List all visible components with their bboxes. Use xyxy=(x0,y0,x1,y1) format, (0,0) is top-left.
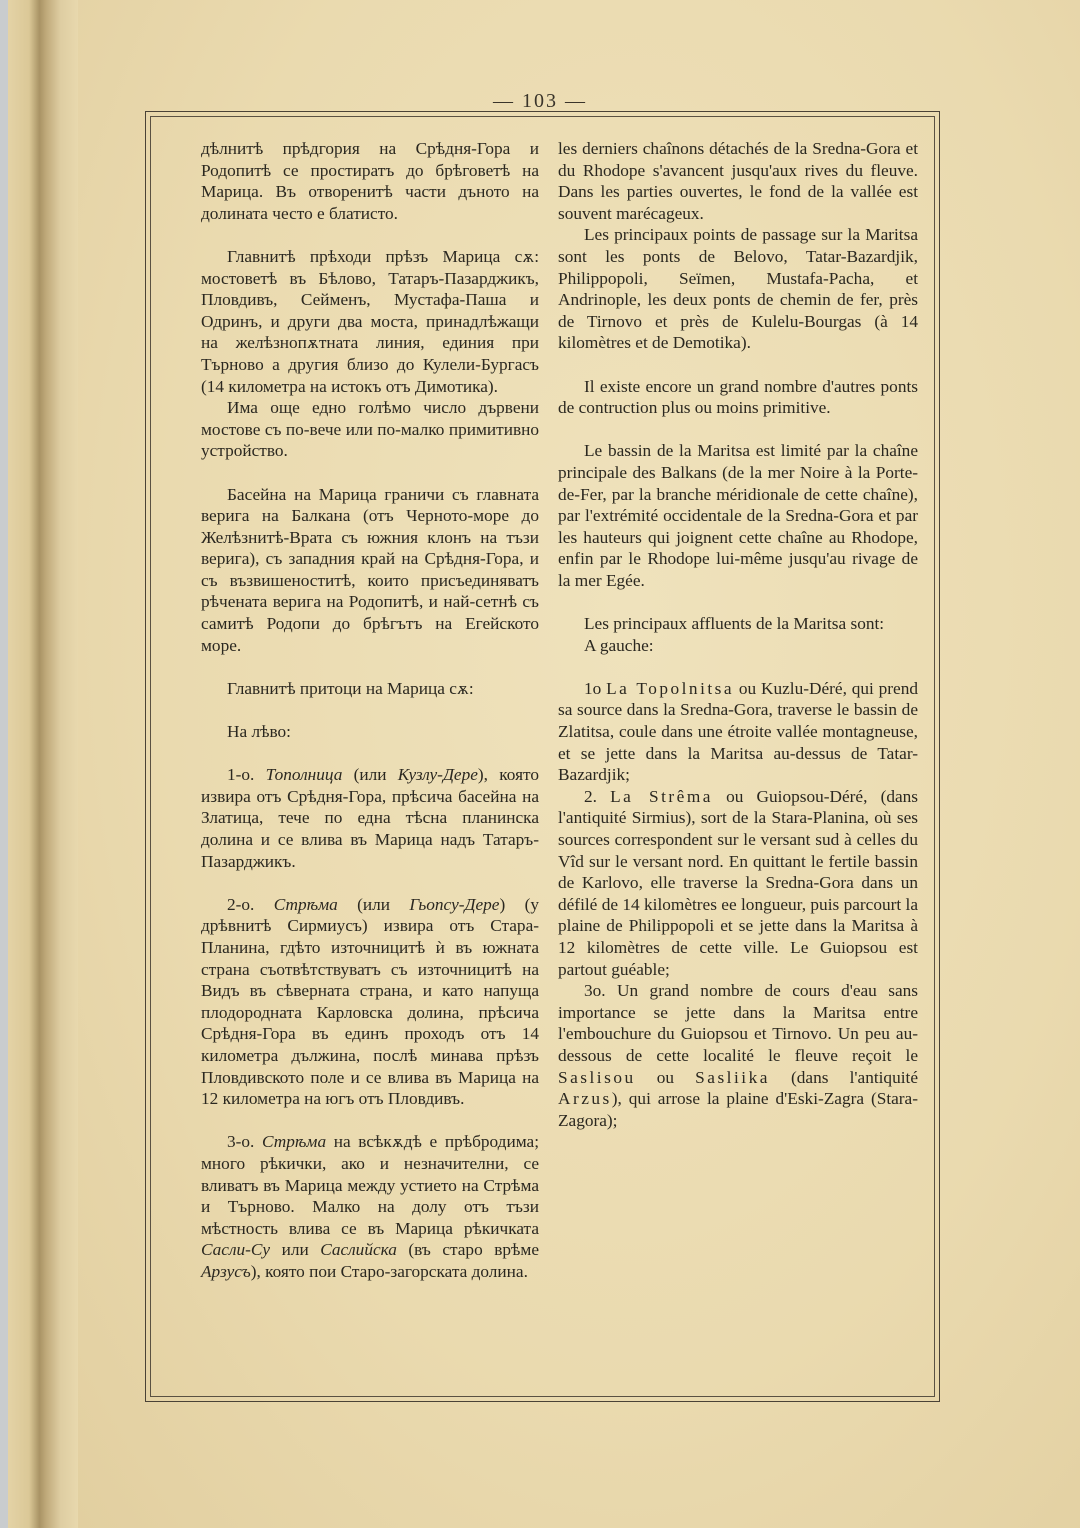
fr-item-3: 3o. Un grand nombre de cours d'eau sans … xyxy=(558,980,918,1131)
fr-item-1: 1o La Topolnitsa ou Kuzlu-Déré, qui pren… xyxy=(558,678,918,786)
bulgarian-column: дѣлнитѣ прѣдгория на Срѣдня-Гора и Родоп… xyxy=(201,138,539,1282)
bg-item-1: 1-о. Тополница (или Кузлу-Дере), която и… xyxy=(201,764,539,872)
french-column: les derniers chaînons détachés de la Sre… xyxy=(558,138,918,1131)
fr-tributaries-heading: Les principaux affluents de la Maritsa s… xyxy=(558,613,918,635)
fr-paragraph-4: Le bassin de la Maritsa est limité par l… xyxy=(558,440,918,591)
fr-paragraph-2: Les principaux points de passage sur la … xyxy=(558,224,918,354)
scan-edge xyxy=(0,0,8,1528)
fr-item-2: 2. La Strêma ou Guiopsou-Déré, (dans l'a… xyxy=(558,786,918,980)
river-name: Стрѣма xyxy=(274,895,338,914)
page-number: — 103 — xyxy=(0,90,1080,113)
river-name: La Strêma xyxy=(610,787,713,806)
bg-left-bank-heading: На лѣво: xyxy=(201,721,539,743)
fr-paragraph-1: les derniers chaînons détachés de la Sre… xyxy=(558,138,918,224)
bg-item-3: 3-о. Стрѣма на всѣкѫдѣ е прѣбродима; мно… xyxy=(201,1131,539,1282)
river-name: Стрѣма xyxy=(262,1132,326,1151)
fr-left-bank-heading: A gauche: xyxy=(558,635,918,657)
river-name: Тополница xyxy=(266,765,343,784)
bg-paragraph-3: Има още едно голѣмо число дървени мостов… xyxy=(201,397,539,462)
bg-paragraph-2: Главнитѣ прѣходи прѣзъ Марица сѫ: мостов… xyxy=(201,246,539,397)
river-name: La Topolnitsa xyxy=(606,679,734,698)
bg-tributaries-heading: Главнитѣ притоци на Марица сѫ: xyxy=(201,678,539,700)
river-alt-name: Кузлу-Дере xyxy=(398,765,478,784)
book-binding-shadow xyxy=(8,0,78,1528)
bg-paragraph-1: дѣлнитѣ прѣдгория на Срѣдня-Гора и Родоп… xyxy=(201,138,539,224)
bg-item-2: 2-о. Стрѣма (или Гьопсу-Дере) (у дрѣвнит… xyxy=(201,894,539,1110)
river-alt-name: Гьопсу-Дере xyxy=(409,895,499,914)
bg-paragraph-4: Басейна на Марица граничи съ главната ве… xyxy=(201,484,539,657)
fr-paragraph-3: Il existe encore un grand nombre d'autre… xyxy=(558,376,918,419)
